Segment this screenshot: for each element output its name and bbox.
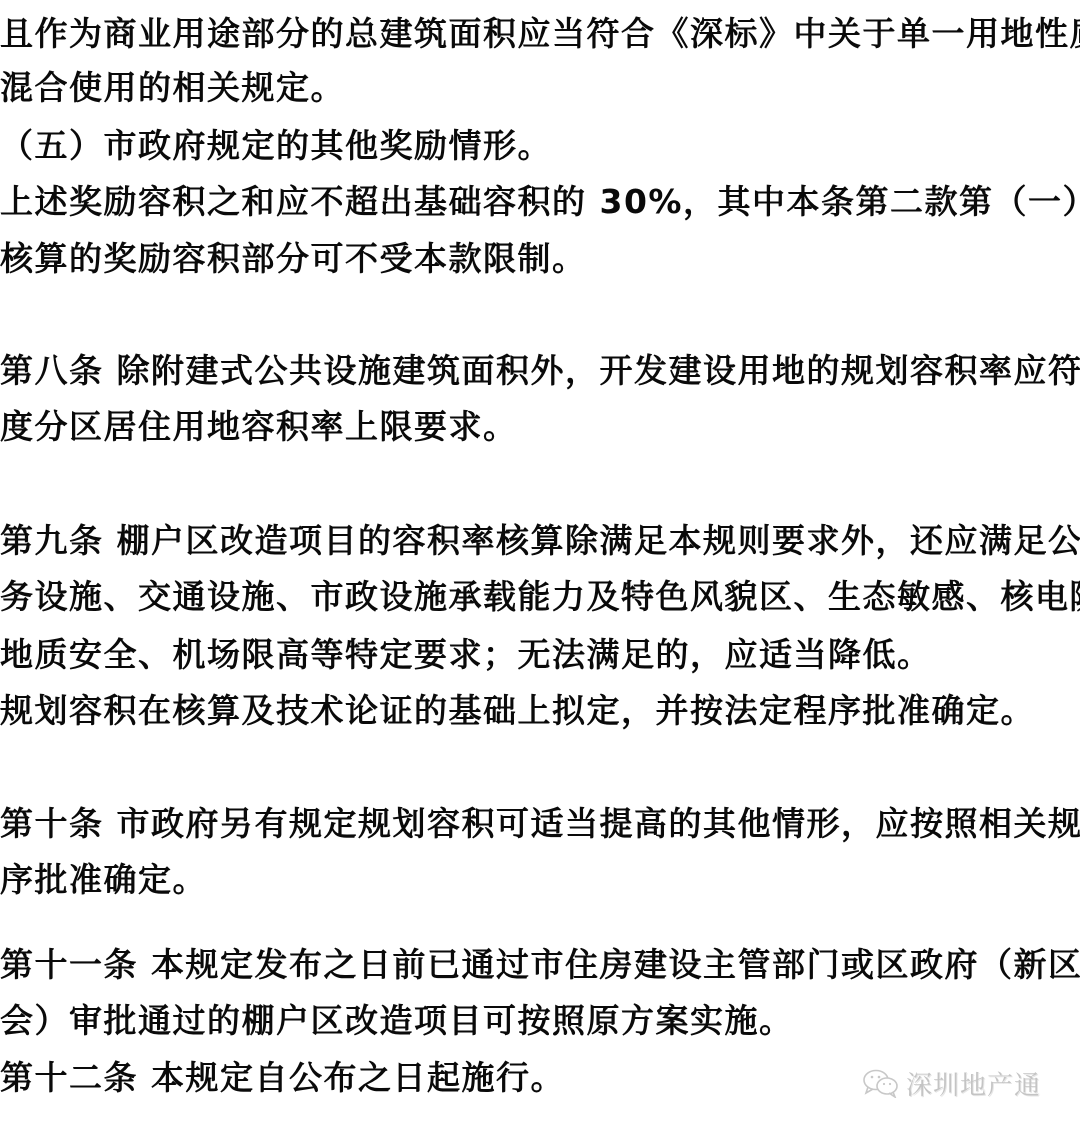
watermark: 深圳地产通: [862, 1068, 1041, 1098]
text-line: 第九条 棚户区改造项目的容积率核算除满足本规则要求外，还应满足公共服: [0, 521, 1080, 561]
text-line: 第十一条 本规定发布之日前已通过市住房建设主管部门或区政府（新区管委: [0, 945, 1080, 985]
text-line: 上述奖励容积之和应不超出基础容积的 30%，其中本条第二款第（一）项所: [0, 182, 1080, 222]
watermark-text: 深圳地产通: [906, 1065, 1041, 1102]
text-line: （五）市政府规定的其他奖励情形。: [0, 126, 1080, 166]
text-line: 核算的奖励容积部分可不受本款限制。: [0, 239, 1080, 279]
text-line: 第八条 除附建式公共设施建筑面积外，开发建设用地的规划容积率应符合密: [0, 351, 1080, 391]
text-line: 序批准确定。: [0, 860, 1080, 900]
text-line: 地质安全、机场限高等特定要求；无法满足的，应适当降低。: [0, 635, 1080, 675]
wechat-icon: [862, 1068, 900, 1098]
text-line: 第十条 市政府另有规定规划容积可适当提高的其他情形，应按照相关规定程: [0, 804, 1080, 844]
text-line: 混合使用的相关规定。: [0, 68, 1080, 108]
text-line: 度分区居住用地容积率上限要求。: [0, 407, 1080, 447]
text-line: 规划容积在核算及技术论证的基础上拟定，并按法定程序批准确定。: [0, 691, 1080, 731]
text-line: 且作为商业用途部分的总建筑面积应当符合《深标》中关于单一用地性质的: [0, 14, 1080, 54]
text-line: 务设施、交通设施、市政设施承载能力及特色风貌区、生态敏感、核电防护、: [0, 577, 1080, 617]
text-line: 会）审批通过的棚户区改造项目可按照原方案实施。: [0, 1001, 1080, 1041]
